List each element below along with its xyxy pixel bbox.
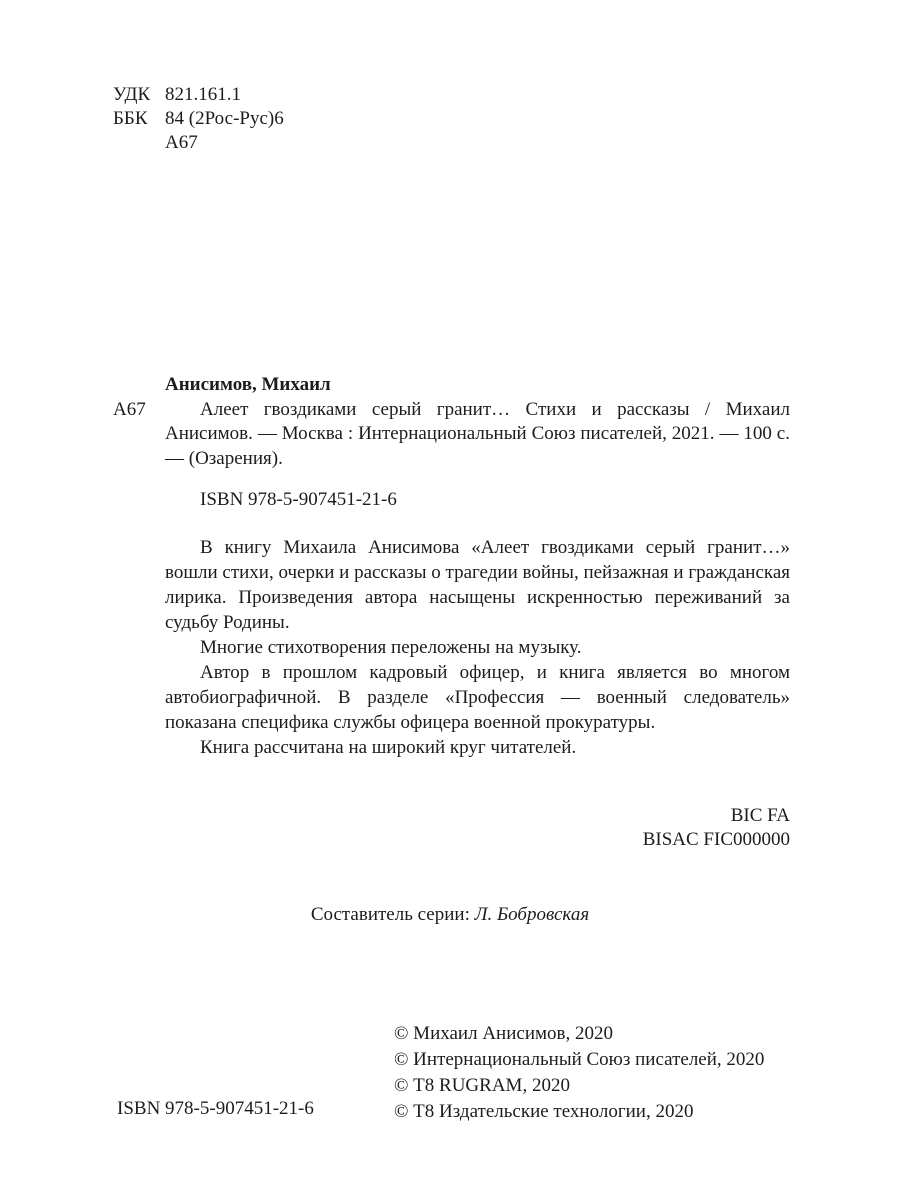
series-compiler-line: Составитель серии: Л. Бобровская [0, 904, 900, 926]
author-sign-value: А67 [165, 131, 284, 155]
subject-codes-block: BIC FA BISAC FIC000000 [165, 804, 790, 852]
series-compiler-label: Составитель серии: [311, 904, 475, 925]
author-sign-row: А67 [113, 131, 284, 155]
isbn-line-middle: ISBN 978-5-907451-21-6 [200, 489, 397, 511]
book-imprint-page: УДК 821.161.1 ББК 84 (2Рос-Рус)6 А67 Ани… [0, 0, 900, 1200]
copyright-line: © Интернациональный Союз писателей, 2020 [394, 1047, 764, 1073]
copyright-block: © Михаил Анисимов, 2020 © Интернациональ… [394, 1021, 764, 1125]
bbk-row: ББК 84 (2Рос-Рус)6 [113, 107, 284, 131]
catalog-entry-text: Алеет гвоздиками серый гранит… Стихи и р… [165, 398, 790, 472]
copyright-line: © Т8 Издательские технологии, 2020 [394, 1099, 764, 1125]
author-sign-spacer [113, 131, 165, 155]
bic-code: BIC FA [165, 804, 790, 828]
udk-row: УДК 821.161.1 [113, 83, 284, 107]
author-heading: Анисимов, Михаил [165, 373, 790, 398]
annotation-block: В книгу Михаила Анисимова «Алеет гвоздик… [165, 535, 790, 760]
isbn-line-bottom: ISBN 978-5-907451-21-6 [117, 1098, 314, 1120]
bibliographic-block: Анисимов, Михаил А67 Алеет гвоздиками се… [113, 373, 790, 471]
bbk-label: ББК [113, 107, 165, 131]
annotation-paragraph: В книгу Михаила Анисимова «Алеет гвоздик… [165, 535, 790, 635]
catalog-entry-wrap: А67 Алеет гвоздиками серый гранит… Стихи… [113, 398, 790, 472]
udk-value: 821.161.1 [165, 83, 284, 107]
annotation-paragraph: Многие стихотворения переложены на музык… [165, 635, 790, 660]
copyright-line: © Михаил Анисимов, 2020 [394, 1021, 764, 1047]
catalog-entry-sign: А67 [113, 398, 146, 423]
bisac-code: BISAC FIC000000 [165, 828, 790, 852]
annotation-paragraph: Книга рассчитана на широкий круг читател… [165, 735, 790, 760]
annotation-paragraph: Автор в прошлом кадровый офицер, и книга… [165, 660, 790, 735]
series-compiler-name: Л. Бобровская [475, 904, 590, 925]
bbk-value: 84 (2Рос-Рус)6 [165, 107, 284, 131]
udk-label: УДК [113, 83, 165, 107]
copyright-line: © Т8 RUGRAM, 2020 [394, 1073, 764, 1099]
classification-block: УДК 821.161.1 ББК 84 (2Рос-Рус)6 А67 [113, 83, 284, 155]
